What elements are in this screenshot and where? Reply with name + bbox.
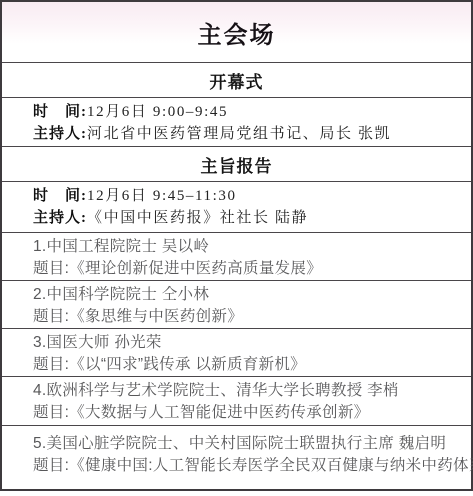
topic-label: 题目: [33, 308, 69, 325]
speaker-line: 5.美国心脏学院院士、中关村国际院士联盟执行主席 魏启明 [33, 433, 463, 455]
topic-line: 题目:《大数据与人工智能促进中医药传承创新》 [33, 402, 463, 424]
section-header-opening-ceremony: 开幕式 [2, 62, 471, 97]
topic-line: 题目:《健康中国:人工智能长寿医学全民双百健康与纳米中药体系》 [33, 455, 463, 477]
host-value: 河北省中医药管理局党组书记、局长 张凯 [87, 126, 391, 142]
topic-value: 《以“四求”践传承 以新质育新机》 [69, 356, 306, 373]
talk-row-5: 5.美国心脏学院院士、中关村国际院士联盟执行主席 魏启明 题目:《健康中国:人工… [2, 425, 471, 480]
keynote-report-info-row: 时 间:12月6日 9:45–11:30 主持人:《中国中医药报》社社长 陆静 [2, 181, 471, 232]
topic-label: 题目: [33, 404, 69, 421]
topic-label: 题目: [33, 356, 69, 373]
venue-title: 主会场 [198, 15, 276, 50]
speaker-line: 1.中国工程院院士 吴以岭 [33, 236, 463, 258]
speaker-line: 3.国医大师 孙光荣 [33, 332, 463, 354]
talk-row-2: 2.中国科学院院士 仝小林 题目:《象思维与中医药创新》 [2, 280, 471, 328]
topic-line: 题目:《理论创新促进中医药高质量发展》 [33, 258, 463, 280]
talk-row-1: 1.中国工程院院士 吴以岭 题目:《理论创新促进中医药高质量发展》 [2, 232, 471, 280]
talk-row-3: 3.国医大师 孙光荣 题目:《以“四求”践传承 以新质育新机》 [2, 328, 471, 376]
host-line: 主持人:河北省中医药管理局党组书记、局长 张凯 [33, 123, 463, 145]
opening-ceremony-info-row: 时 间:12月6日 9:00–9:45 主持人:河北省中医药管理局党组书记、局长… [2, 97, 471, 146]
time-line: 时 间:12月6日 9:45–11:30 [33, 185, 463, 207]
topic-label: 题目: [33, 457, 69, 474]
time-value: 12月6日 9:00–9:45 [87, 104, 228, 120]
topic-value: 《健康中国:人工智能长寿医学全民双百健康与纳米中药体系》 [69, 457, 473, 474]
section-header-label: 开幕式 [210, 68, 264, 93]
section-header-label: 主旨报告 [201, 152, 273, 177]
host-label: 主持人: [33, 210, 87, 226]
topic-value: 《理论创新促进中医药高质量发展》 [69, 260, 322, 277]
section-header-keynote-report: 主旨报告 [2, 146, 471, 181]
topic-label: 题目: [33, 260, 69, 277]
time-line: 时 间:12月6日 9:00–9:45 [33, 101, 463, 123]
topic-value: 《大数据与人工智能促进中医药传承创新》 [69, 404, 369, 421]
venue-title-row: 主会场 [2, 2, 471, 62]
host-value: 《中国中医药报》社社长 陆静 [87, 210, 308, 226]
speaker-line: 2.中国科学院院士 仝小林 [33, 284, 463, 306]
topic-line: 题目:《以“四求”践传承 以新质育新机》 [33, 354, 463, 376]
speaker-line: 4.欧洲科学与艺术学院院士、清华大学长聘教授 李梢 [33, 380, 463, 402]
time-value: 12月6日 9:45–11:30 [87, 188, 237, 204]
talk-row-4: 4.欧洲科学与艺术学院院士、清华大学长聘教授 李梢 题目:《大数据与人工智能促进… [2, 376, 471, 425]
topic-line: 题目:《象思维与中医药创新》 [33, 306, 463, 328]
host-label: 主持人: [33, 126, 87, 142]
host-line: 主持人:《中国中医药报》社社长 陆静 [33, 207, 463, 229]
time-label: 时 间: [33, 104, 87, 120]
conference-program-table: 主会场 开幕式 时 间:12月6日 9:00–9:45 主持人:河北省中医药管理… [0, 0, 473, 491]
topic-value: 《象思维与中医药创新》 [69, 308, 243, 325]
time-label: 时 间: [33, 188, 87, 204]
